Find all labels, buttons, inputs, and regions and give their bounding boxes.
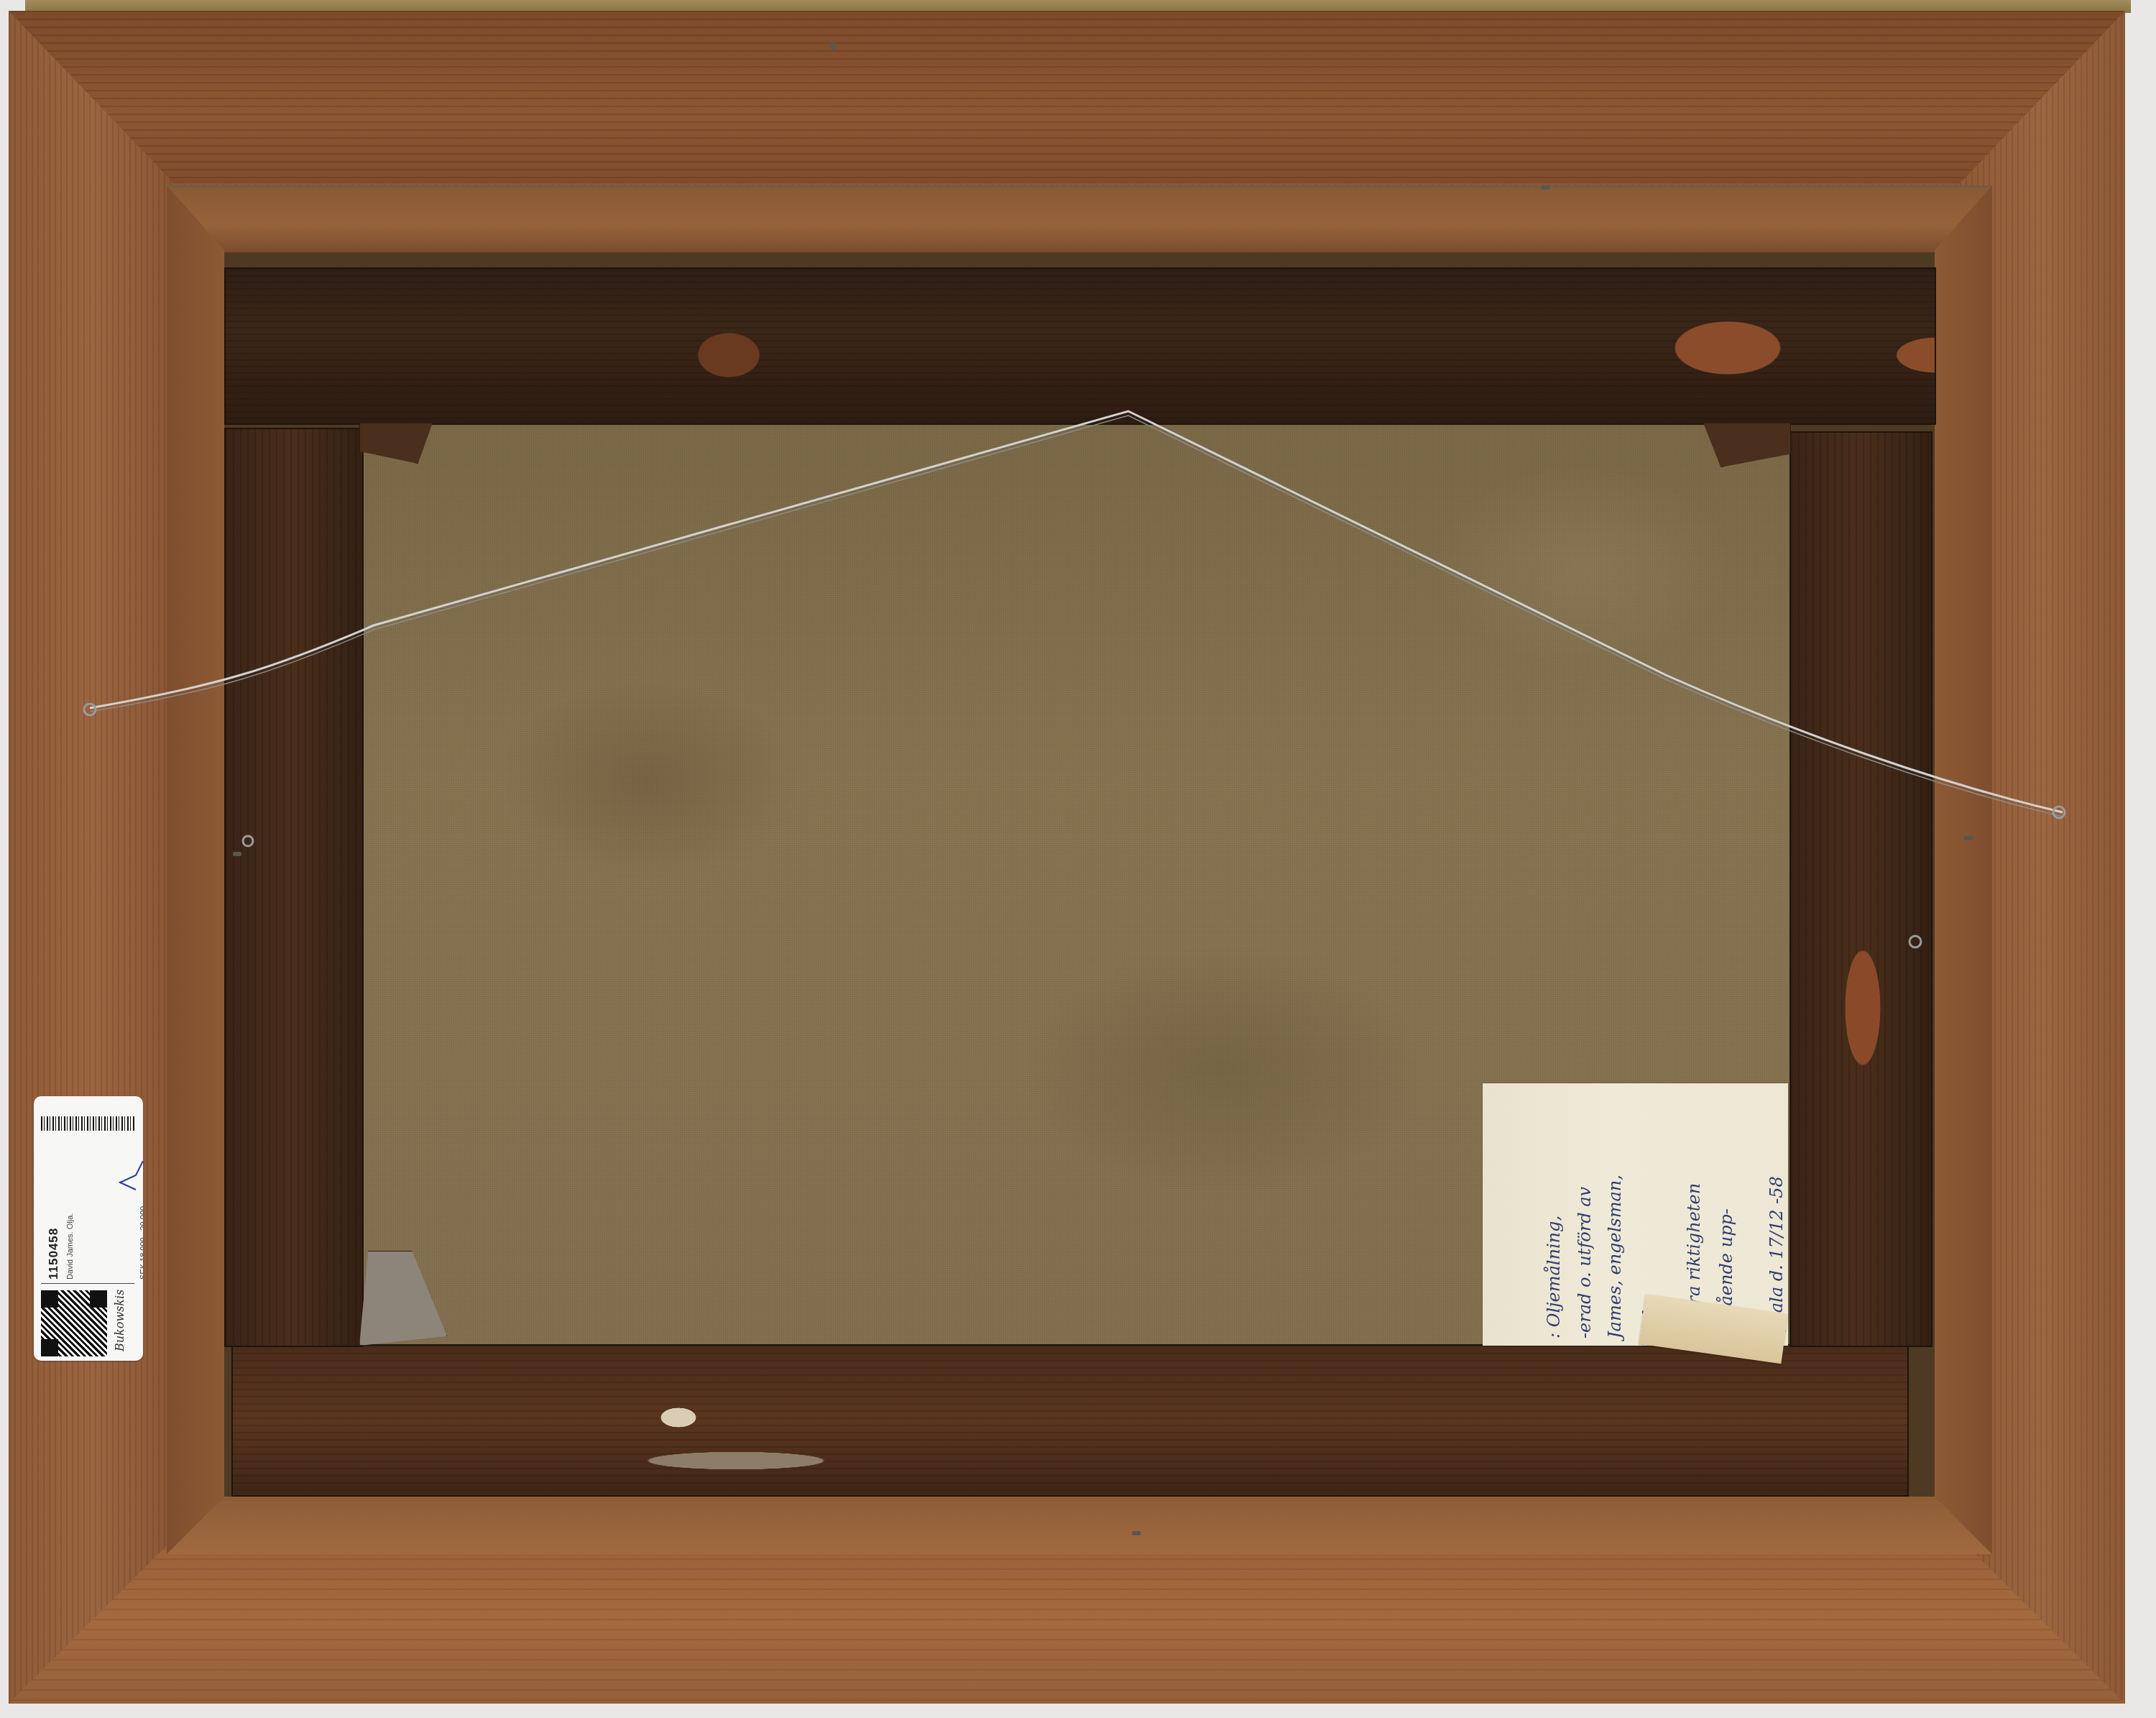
- inner-frame-left: [167, 185, 224, 1554]
- note-line: : Oljemålning,: [1544, 1216, 1564, 1338]
- inner-frame-right: [1935, 185, 1992, 1554]
- barcode-icon: [41, 1116, 136, 1131]
- qr-code-icon[interactable]: [41, 1290, 107, 1356]
- outer-frame-left-stile: [9, 11, 174, 1704]
- handwritten-note-card: : Oljemålning, -erad o. utförd av James,…: [1483, 1083, 1788, 1346]
- outer-frame-top-rail: [9, 11, 2125, 183]
- stretcher-bar-left: [224, 428, 364, 1347]
- lot-estimate: SEK 18 000 - 20 000: [139, 1206, 143, 1280]
- lot-number: 1150458: [47, 1228, 61, 1280]
- nail-icon: [1964, 836, 1973, 840]
- lot-title: David James. Olja.: [66, 1213, 75, 1280]
- checkmark-icon: [114, 1161, 143, 1197]
- stretcher-bar-top: [224, 267, 1936, 425]
- inner-frame-bottom: [167, 1497, 1992, 1554]
- auction-house-signature: Bukowskis: [113, 1290, 126, 1351]
- note-line: -erad o. utförd av: [1575, 1187, 1595, 1338]
- label-divider: [41, 1283, 134, 1284]
- nail-icon: [233, 852, 241, 856]
- outer-frame-bottom-rail: [9, 1538, 2125, 1704]
- stretcher-bar-bottom: [231, 1344, 1909, 1497]
- auction-label: 1150458 David James. Olja. SEK 18 000 - …: [34, 1096, 143, 1361]
- note-line: James, engelsman,: [1605, 1175, 1625, 1338]
- nail-icon: [831, 42, 835, 51]
- nail-icon: [1542, 185, 1550, 190]
- stretcher-bar-right: [1789, 431, 1932, 1347]
- nail-icon: [1132, 1531, 1141, 1535]
- inner-frame-top: [167, 185, 1992, 252]
